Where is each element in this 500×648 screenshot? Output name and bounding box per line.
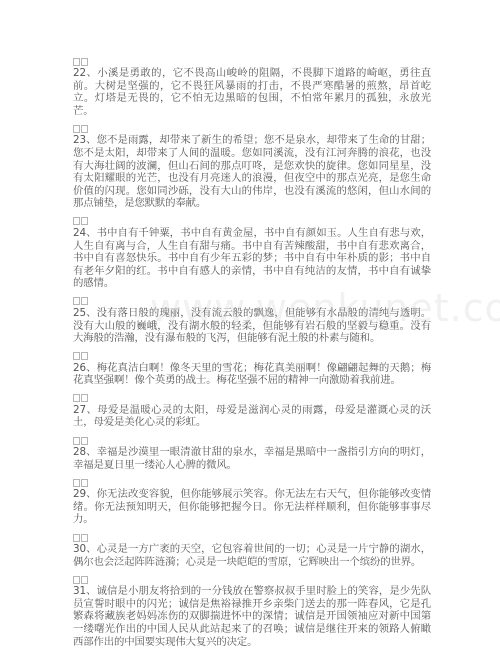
paragraph-entry-22: 22、小溪是勇敢的，它不畏高山峻岭的阻隔，不畏脚下道路的崎岖，勇往直前。大树是坚… [73, 57, 431, 117]
paragraph-entry-25: 25、没有落日般的瑰丽，没有流云般的飘逸，但能够有水晶般的清纯与透明。没有大山般… [73, 297, 431, 345]
bullet-marker-icon [73, 394, 431, 404]
paragraph-text: 30、心灵是一方广袤的天空，它包容着世间的一切；心灵是一片宁静的湖水，偶尔也会泛… [73, 543, 431, 568]
paragraph-text: 25、没有落日般的瑰丽，没有流云般的飘逸，但能够有水晶般的清纯与透明。没有大山般… [73, 307, 431, 345]
paragraph-text: 27、母爱是温暖心灵的太阳，母爱是滋润心灵的雨露，母爱是灌溉心灵的沃土，母爱是美… [73, 404, 431, 429]
paragraph-entry-29: 29、你无法改变容貌，但你能够展示笑容。你无法左右天气，但你能够改变情绪。你无法… [73, 478, 431, 526]
bullet-marker-icon [73, 478, 431, 488]
paragraph-text: 29、你无法改变容貌，但你能够展示笑容。你无法左右天气，但你能够改变情绪。你无法… [73, 488, 431, 526]
paragraph-entry-27: 27、母爱是温暖心灵的太阳，母爱是滋润心灵的雨露，母爱是灌溉心灵的沃土，母爱是美… [73, 394, 431, 429]
bullet-marker-icon [73, 124, 431, 134]
paragraph-text: 28、幸福是沙漠里一眼清澈甘甜的泉水，幸福是黑暗中一盏指引方向的明灯，幸福是夏日… [73, 446, 431, 471]
bullet-marker-icon [73, 217, 431, 227]
bullet-marker-icon [73, 533, 431, 543]
paragraph-entry-24: 24、书中自有千钟粟，书中自有黄金屋，书中自有颜如玉。人生自有悲与欢，人生自有离… [73, 217, 431, 290]
paragraph-text: 31、诚信是小朋友将拾到的一分钱放在警察叔叔手里时脸上的笑容，是少先队员宣誓时眼… [73, 585, 431, 648]
paragraph-entry-31: 31、诚信是小朋友将拾到的一分钱放在警察叔叔手里时脸上的笑容，是少先队员宣誓时眼… [73, 575, 431, 648]
paragraph-text: 23、您不是雨露，却带来了新生的希望；您不是泉水，却带来了生命的甘甜；您不是太阳… [73, 134, 431, 210]
paragraph-entry-26: 26、梅花真洁白啊！像冬天里的雪花；梅花真美丽啊！像翩翩起舞的天鹅；梅花真坚强啊… [73, 352, 431, 387]
bullet-marker-icon [73, 575, 431, 585]
paragraph-entry-30: 30、心灵是一方广袤的天空，它包容着世间的一切；心灵是一片宁静的湖水，偶尔也会泛… [73, 533, 431, 568]
paragraph-entry-28: 28、幸福是沙漠里一眼清澈甘甜的泉水，幸福是黑暗中一盏指引方向的明灯，幸福是夏日… [73, 436, 431, 471]
paragraph-text: 24、书中自有千钟粟，书中自有黄金屋，书中自有颜如玉。人生自有悲与欢，人生自有离… [73, 227, 431, 290]
paragraph-text: 26、梅花真洁白啊！像冬天里的雪花；梅花真美丽啊！像翩翩起舞的天鹅；梅花真坚强啊… [73, 362, 431, 387]
bullet-marker-icon [73, 352, 431, 362]
bullet-marker-icon [73, 57, 431, 67]
document-page: 22、小溪是勇敢的，它不畏高山峻岭的阻隔，不畏脚下道路的崎岖，勇往直前。大树是坚… [73, 57, 431, 648]
bullet-marker-icon [73, 436, 431, 446]
paragraph-entry-23: 23、您不是雨露，却带来了新生的希望；您不是泉水，却带来了生命的甘甜；您不是太阳… [73, 124, 431, 210]
bullet-marker-icon [73, 297, 431, 307]
paragraph-text: 22、小溪是勇敢的，它不畏高山峻岭的阻隔，不畏脚下道路的崎岖，勇往直前。大树是坚… [73, 67, 431, 117]
